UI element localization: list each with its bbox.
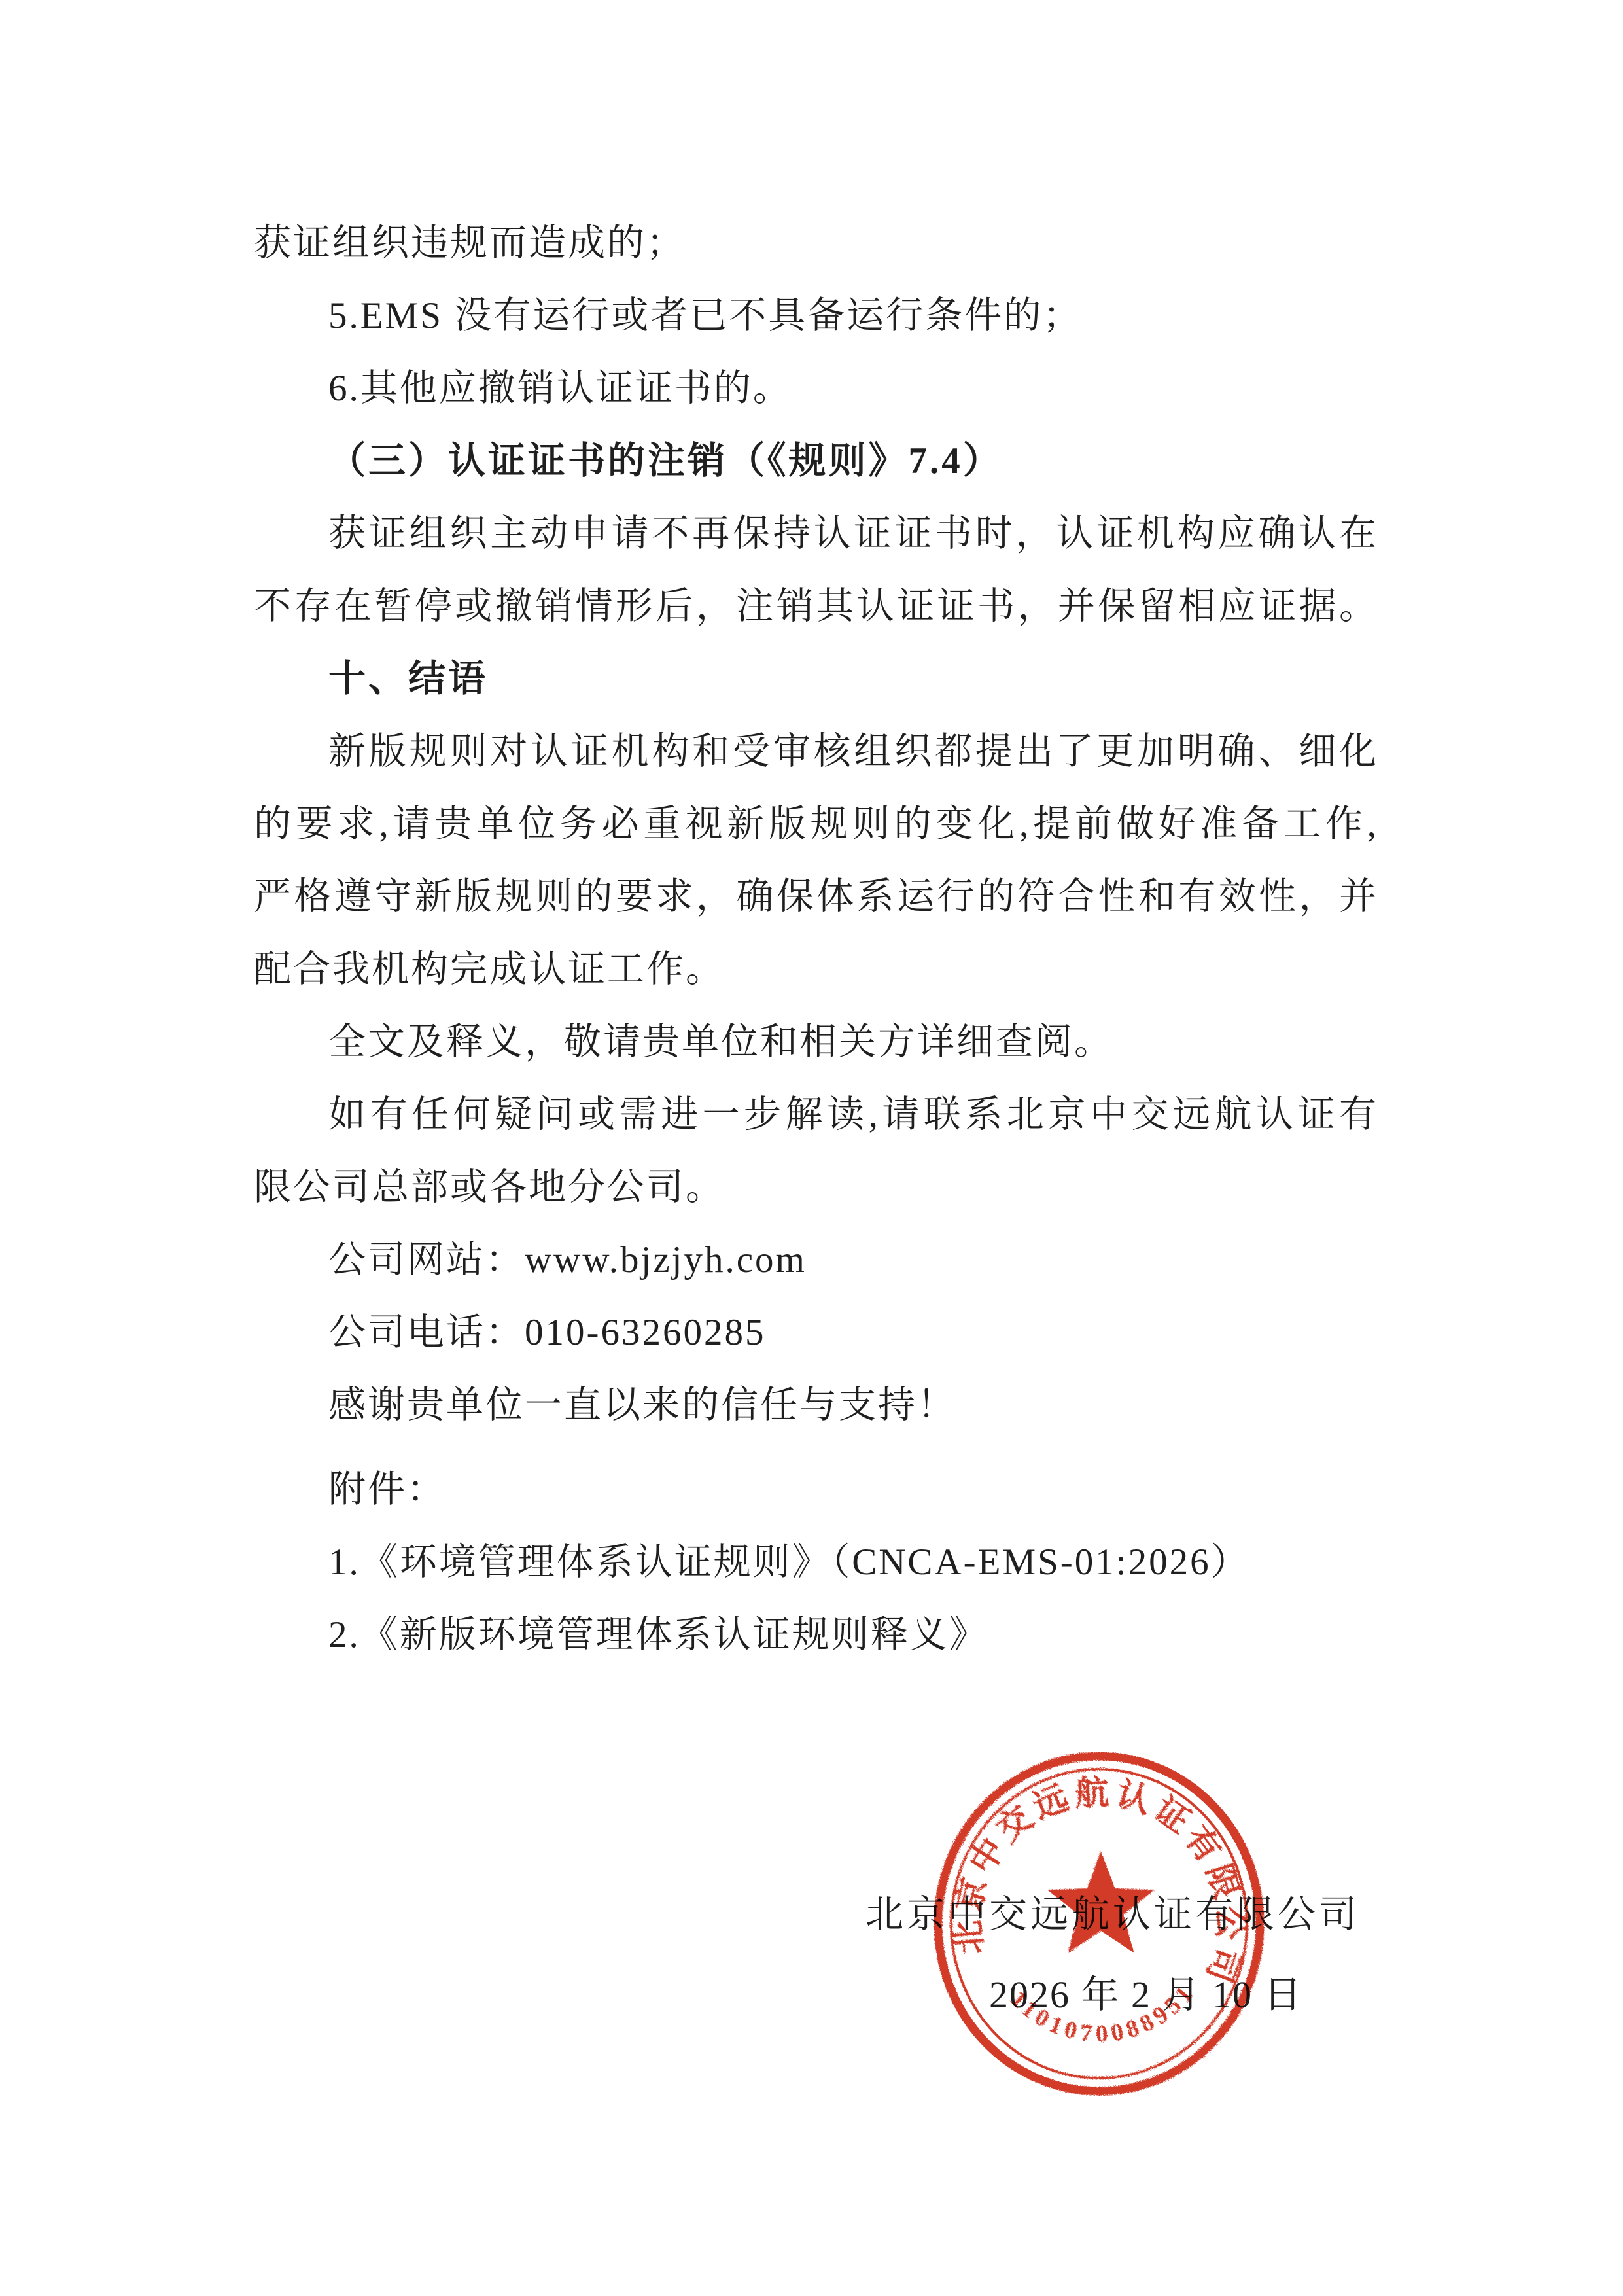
body-line: 获证组织违规而造成的； (254, 222, 1377, 264)
attachment-item-2: 2.《新版环境管理体系认证规则释义》 (254, 1614, 1377, 1656)
body-line: 的要求,请贵单位务必重视新版规则的变化,提前做好准备工作, (254, 804, 1377, 845)
document-page: 获证组织违规而造成的； 5.EMS 没有运行或者已不具备运行条件的； 6.其他应… (0, 0, 1623, 2296)
list-item-5: 5.EMS 没有运行或者已不具备运行条件的； (254, 295, 1377, 337)
official-seal: 北京中交远航认证有限公司 1101070088951 (932, 1752, 1266, 2099)
star-icon (1047, 1851, 1155, 1953)
body-line: 新版规则对认证机构和受审核组织都提出了更加明确、细化 (254, 731, 1377, 773)
thanks-line: 感谢贵单位一直以来的信任与支持！ (254, 1385, 1377, 1426)
attachments-label: 附件： (254, 1469, 1377, 1511)
website-line: 公司网站：www.bjzjyh.com (254, 1239, 1377, 1281)
body-line: 限公司总部或各地分公司。 (254, 1167, 1377, 1209)
body-line: 如有任何疑问或需进一步解读,请联系北京中交远航认证有 (254, 1094, 1377, 1136)
phone-line: 公司电话：010-63260285 (254, 1312, 1377, 1354)
body-line: 获证组织主动申请不再保持认证证书时，认证机构应确认在 (254, 513, 1377, 555)
body-line: 严格遵守新版规则的要求，确保体系运行的符合性和有效性，并 (254, 876, 1377, 918)
seal-registration-number: 1101070088951 (1005, 1978, 1200, 2048)
list-item-6: 6.其他应撤销认证证书的。 (254, 368, 1377, 410)
attachment-item-1: 1.《环境管理体系认证规则》（CNCA-EMS-01:2026） (254, 1542, 1377, 1583)
section-heading-cancellation: （三）认证证书的注销（《规则》7.4） (254, 440, 1377, 482)
section-heading-conclusion: 十、结语 (254, 658, 1377, 700)
body-line: 配合我机构完成认证工作。 (254, 949, 1377, 991)
body-line: 不存在暂停或撤销情形后，注销其认证证书，并保留相应证据。 (254, 586, 1377, 627)
body-line: 全文及释义，敬请贵单位和相关方详细查阅。 (254, 1021, 1377, 1063)
